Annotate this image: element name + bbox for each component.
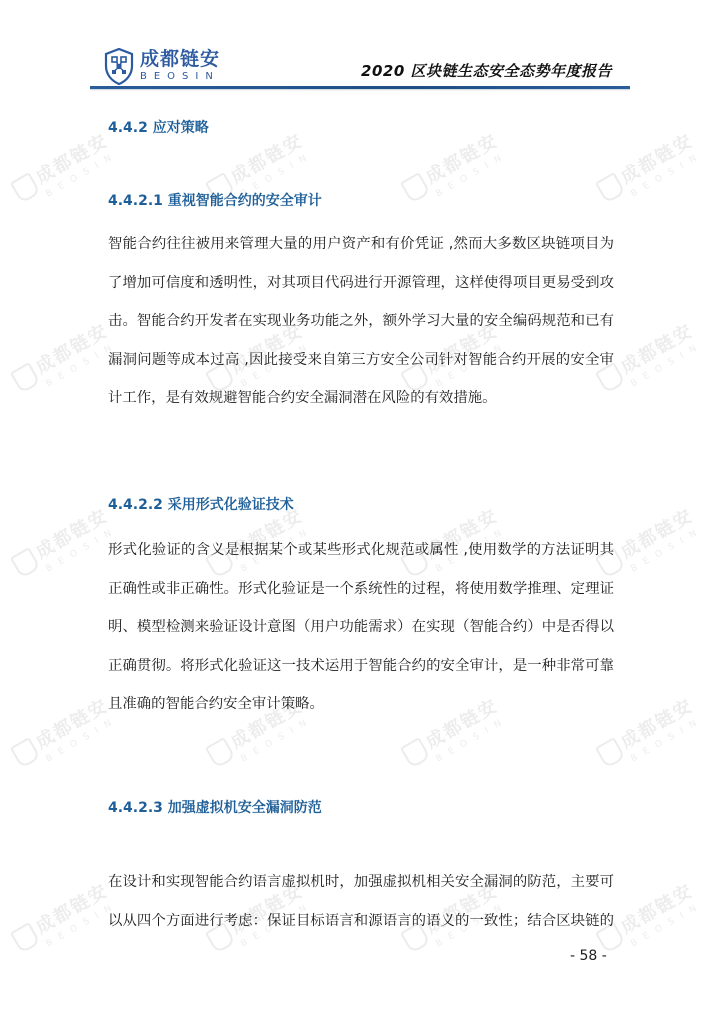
text-line: 正确性或非正确性。形式化验证是一个系统性的过程，将使用数学推理、定理证 [108, 570, 614, 609]
logo-name-en: BEOSIN [140, 71, 220, 83]
watermark: 成都链安BEOSIN [8, 876, 120, 962]
text-line: 智能合约往往被用来管理大量的用户资产和有价凭证 ,然而大多数区块链项目为 [108, 225, 614, 264]
text-line: 且准确的智能合约安全审计策略。 [108, 685, 614, 724]
watermark-shield-icon [10, 172, 41, 204]
page-number: - 58 - [570, 948, 607, 964]
watermark-shield-icon [10, 362, 41, 394]
watermark: 成都链安BEOSIN [398, 126, 510, 212]
logo-name-cn: 成都链安 [140, 48, 220, 70]
text-line: 明、模型检测来验证设计意图（用户功能需求）在实现（智能合约）中是否得以 [108, 608, 614, 647]
text-line: 形式化验证的含义是根据某个或某些形式化规范或属性 ,使用数学的方法证明其 [108, 531, 614, 570]
watermark: 成都链安BEOSIN [593, 126, 705, 212]
watermark-shield-icon [400, 172, 431, 204]
report-title: 2020 区块链生态安全态势年度报告 [361, 60, 612, 81]
watermark-shield-icon [10, 922, 41, 954]
text-line: 正确贯彻。将形式化验证这一技术运用于智能合约的安全审计，是一种非常可靠 [108, 647, 614, 686]
logo-text: 成都链安 BEOSIN [140, 48, 220, 83]
watermark: 成都链安BEOSIN [8, 126, 120, 212]
watermark-shield-icon [595, 172, 626, 204]
watermark-shield-icon [10, 737, 41, 769]
section-heading: 4.4.2.3 加强虚拟机安全漏洞防范 [108, 797, 322, 817]
text-line: 了增加可信度和透明性，对其项目代码进行开源管理，这样使得项目更易受到攻 [108, 264, 614, 303]
watermark-shield-icon [10, 547, 41, 579]
text-line: 计工作，是有效规避智能合约安全漏洞潜在风险的有效措施。 [108, 379, 614, 418]
section-heading: 4.4.2.1 重视智能合约的安全审计 [108, 190, 322, 210]
section-heading: 4.4.2 应对策略 [108, 117, 209, 137]
paragraph: 在设计和实现智能合约语言虚拟机时，加强虚拟机相关安全漏洞的防范，主要可 以从四个… [108, 863, 614, 940]
watermark: 成都链安BEOSIN [8, 316, 120, 402]
text-line: 在设计和实现智能合约语言虚拟机时，加强虚拟机相关安全漏洞的防范，主要可 [108, 863, 614, 902]
watermark: 成都链安BEOSIN [8, 501, 120, 587]
header-divider-shadow [90, 89, 630, 91]
section-heading: 4.4.2.2 采用形式化验证技术 [108, 494, 294, 514]
watermark-shield-icon [400, 737, 431, 769]
watermark-shield-icon [595, 737, 626, 769]
paragraph: 形式化验证的含义是根据某个或某些形式化规范或属性 ,使用数学的方法证明其 正确性… [108, 531, 614, 724]
page-header: 成都链安 BEOSIN 2020 区块链生态安全态势年度报告 [0, 0, 720, 100]
watermark: 成都链安BEOSIN [8, 691, 120, 777]
text-line: 击。智能合约开发者在实现业务功能之外，额外学习大量的安全编码规范和已有 [108, 302, 614, 341]
shield-network-icon [104, 48, 134, 84]
paragraph: 智能合约往往被用来管理大量的用户资产和有价凭证 ,然而大多数区块链项目为 了增加… [108, 225, 614, 418]
watermark-shield-icon [205, 737, 236, 769]
text-line: 以从四个方面进行考虑：保证目标语言和源语言的语义的一致性；结合区块链的 [108, 902, 614, 941]
text-line: 漏洞问题等成本过高 ,因此接受来自第三方安全公司针对智能合约开展的安全审 [108, 341, 614, 380]
